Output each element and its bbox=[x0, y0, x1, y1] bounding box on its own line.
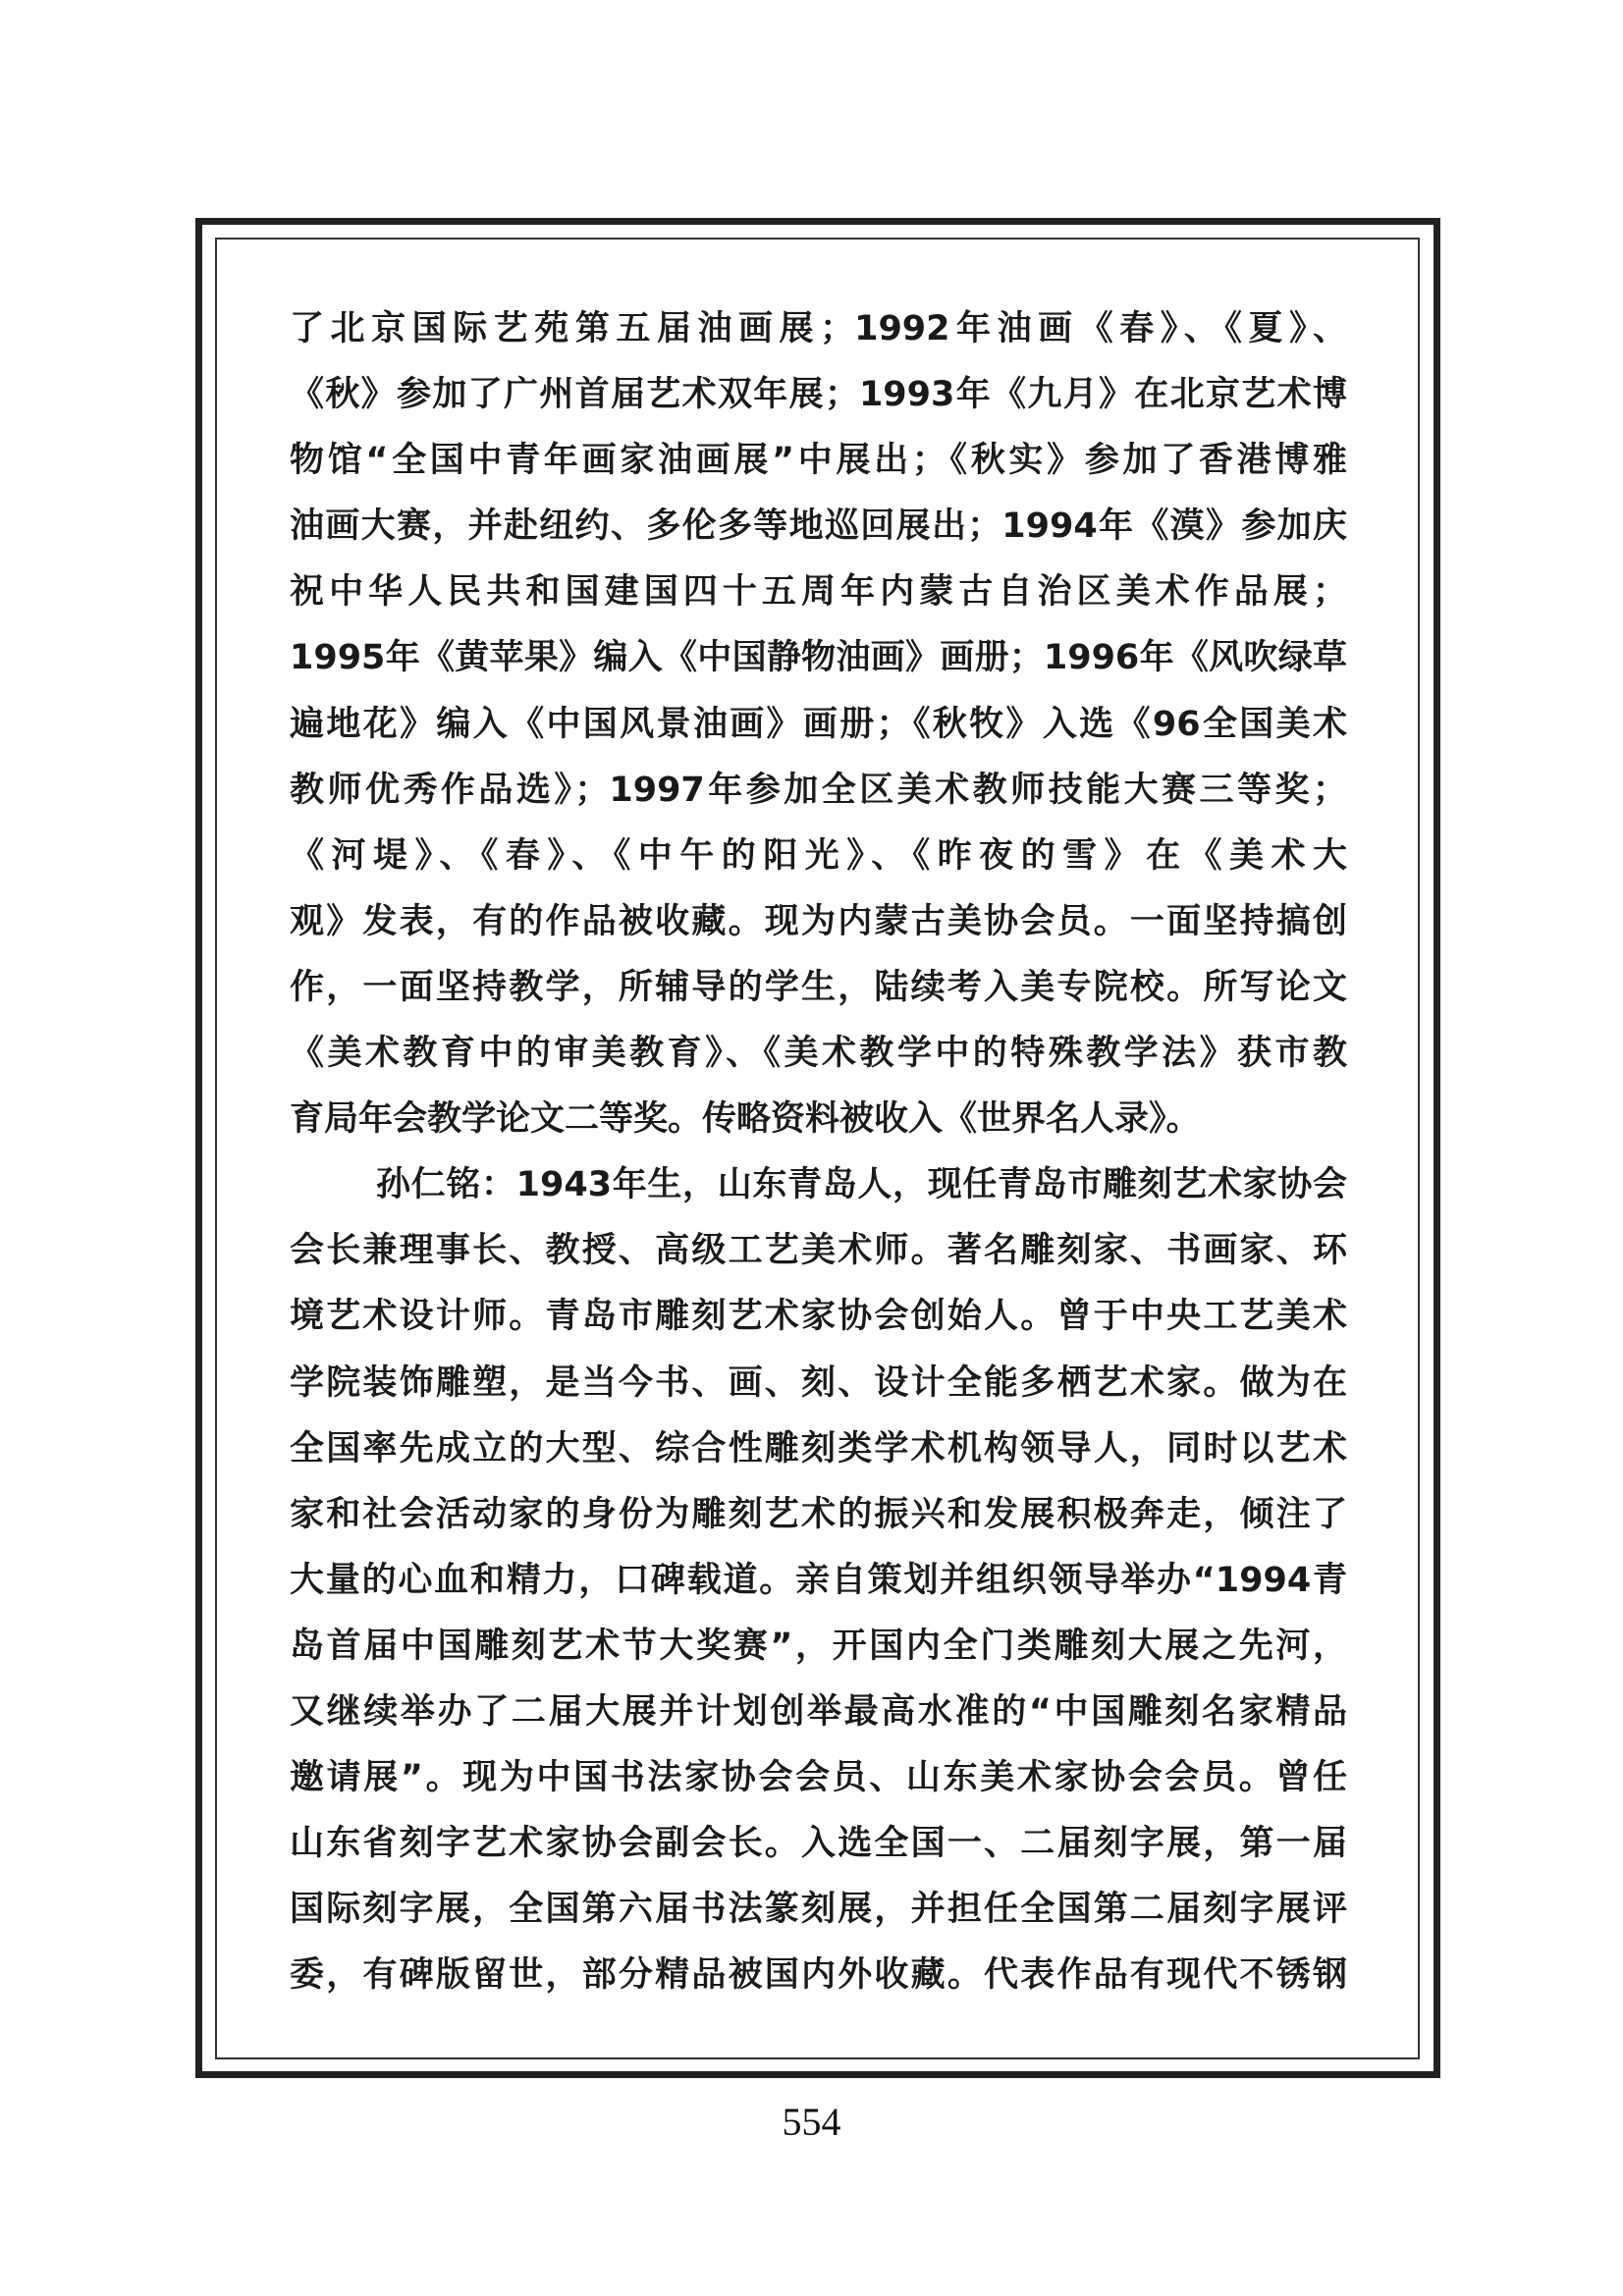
body-text: 了北京国际艺苑第五届油画展；1992年油画《春》、《夏》、 《秋》参加了广州首届… bbox=[290, 300, 1347, 2012]
text-line: 孙仁铭：1943年生，山东青岛人，现任青岛市雕刻艺术家协会 bbox=[290, 1156, 1347, 1222]
text-line: 教师优秀作品选》；1997年参加全区美术教师技能大赛三等奖； bbox=[290, 762, 1347, 828]
text-line: 委，有碑版留世，部分精品被国内外收藏。代表作品有现代不锈钢 bbox=[290, 1947, 1347, 2012]
text-line: 祝中华人民共和国建国四十五周年内蒙古自治区美术作品展； bbox=[290, 563, 1347, 629]
text-line: 遍地花》编入《中国风景油画》画册；《秋牧》入选《96全国美术 bbox=[290, 696, 1347, 762]
text-line: 又继续举办了二届大展并计划创举最高水准的“中国雕刻名家精品 bbox=[290, 1683, 1347, 1749]
text-line: 物馆“全国中青年画家油画展”中展出；《秋实》参加了香港博雅 bbox=[290, 432, 1347, 498]
text-line: 1995年《黄苹果》编入《中国静物油画》画册；1996年《风吹绿草 bbox=[290, 629, 1347, 695]
paragraph-1: 了北京国际艺苑第五届油画展；1992年油画《春》、《夏》、 《秋》参加了广州首届… bbox=[290, 300, 1347, 1156]
text-line: 全国率先成立的大型、综合性雕刻类学术机构领导人，同时以艺术 bbox=[290, 1420, 1347, 1486]
text-line: 会长兼理事长、教授、高级工艺美术师。著名雕刻家、书画家、环 bbox=[290, 1222, 1347, 1288]
text-line: 了北京国际艺苑第五届油画展；1992年油画《春》、《夏》、 bbox=[290, 300, 1347, 366]
text-line: 《美术教育中的审美教育》、《美术教学中的特殊教学法》获市教 bbox=[290, 1025, 1347, 1091]
text-line: 《河堤》、《春》、《中午的阳光》、《昨夜的雪》在《美术大 bbox=[290, 828, 1347, 893]
text-line: 国际刻字展，全国第六届书法篆刻展，并担任全国第二届刻字展评 bbox=[290, 1881, 1347, 1947]
text-line: 《秋》参加了广州首届艺术双年展；1993年《九月》在北京艺术博 bbox=[290, 366, 1347, 432]
text-line: 观》发表，有的作品被收藏。现为内蒙古美协会员。一面坚持搞创 bbox=[290, 893, 1347, 959]
text-line: 山东省刻字艺术家协会副会长。入选全国一、二届刻字展，第一届 bbox=[290, 1815, 1347, 1881]
text-line: 学院装饰雕塑，是当今书、画、刻、设计全能多栖艺术家。做为在 bbox=[290, 1355, 1347, 1420]
text-line: 邀请展”。现为中国书法家协会会员、山东美术家协会会员。曾任 bbox=[290, 1749, 1347, 1815]
text-line: 育局年会教学论文二等奖。传略资料被收入《世界名人录》。 bbox=[290, 1091, 1347, 1156]
text-line: 家和社会活动家的身份为雕刻艺术的振兴和发展积极奔走，倾注了 bbox=[290, 1486, 1347, 1552]
text-line: 大量的心血和精力，口碑载道。亲自策划并组织领导举办“1994青 bbox=[290, 1552, 1347, 1618]
page-number: 554 bbox=[0, 2099, 1623, 2145]
text-line: 作，一面坚持教学，所辅导的学生，陆续考入美专院校。所写论文 bbox=[290, 959, 1347, 1025]
text-line: 油画大赛，并赴纽约、多伦多等地巡回展出；1994年《漠》参加庆 bbox=[290, 498, 1347, 563]
text-line: 岛首届中国雕刻艺术节大奖赛”，开国内全门类雕刻大展之先河， bbox=[290, 1618, 1347, 1683]
text-line: 境艺术设计师。青岛市雕刻艺术家协会创始人。曾于中央工艺美术 bbox=[290, 1288, 1347, 1354]
paragraph-2: 孙仁铭：1943年生，山东青岛人，现任青岛市雕刻艺术家协会 会长兼理事长、教授、… bbox=[290, 1156, 1347, 2012]
